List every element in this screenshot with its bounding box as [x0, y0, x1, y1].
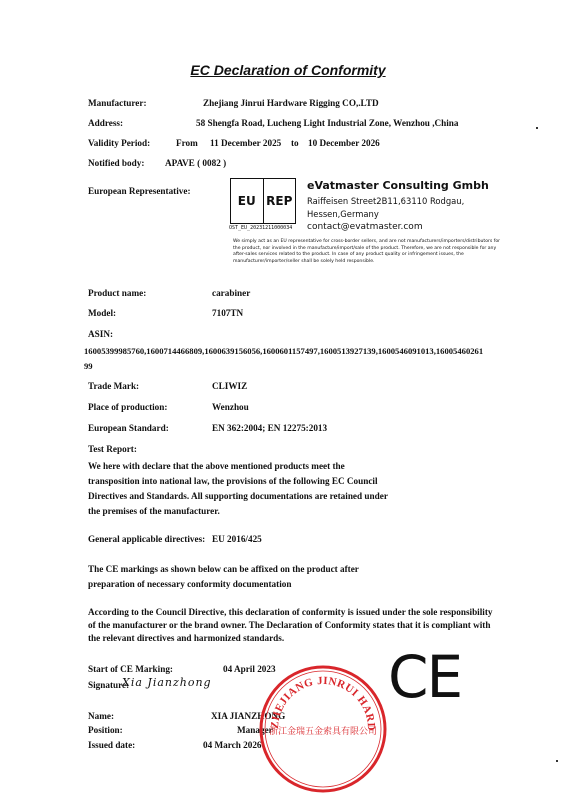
svg-text:ZHEJIANG JINRUI HARDWARE RIGGI: ZHEJIANG JINRUI HARDWARE RIGGING CO.,LTD — [258, 664, 377, 731]
ce-markings-paragraph: The CE markings as shown below can be af… — [88, 562, 373, 592]
name-label: Name: — [88, 711, 114, 721]
eu-rep-disclaimer: We simply act as an EU representative fo… — [233, 239, 501, 265]
eu-rep-address-1: Raiffeisen Street2B11,63110 Rodgau, — [307, 196, 464, 206]
stamp-outer-text: ZHEJIANG JINRUI HARDWARE RIGGING CO.,LTD — [258, 664, 377, 731]
asin-label: ASIN: — [88, 329, 113, 339]
ce-mark: CE — [388, 647, 461, 707]
document-title: EC Declaration of Conformity — [0, 62, 576, 78]
manufacturer-value: Zhejiang Jinrui Hardware Rigging CO,.LTD — [203, 98, 379, 108]
manufacturer-label: Manufacturer: — [88, 98, 147, 108]
notified-body-label: Notified body: — [88, 158, 144, 168]
position-label: Position: — [88, 725, 123, 735]
validity-from-label: From — [176, 138, 198, 148]
eu-rep-email: contact@evatmaster.com — [307, 222, 423, 232]
place-label: Place of production: — [88, 402, 167, 412]
asin-line-1: 16005399985760,1600714466809,16006391560… — [84, 346, 483, 356]
standard-value: EN 362:2004; EN 12275:2013 — [212, 423, 327, 433]
council-paragraph: According to the Council Directive, this… — [88, 606, 498, 645]
eu-rep-address-2: Hessen,Germany — [307, 209, 379, 219]
eu-badge-text: EU — [231, 179, 264, 223]
declaration-paragraph: We here with declare that the above ment… — [88, 459, 388, 519]
test-report-label: Test Report: — [88, 444, 137, 454]
speck — [556, 760, 558, 762]
model-label: Model: — [88, 308, 116, 318]
issued-date-value: 04 March 2026 — [203, 740, 262, 750]
asin-line-2: 99 — [84, 361, 93, 371]
eu-rep-badge: EU REP — [230, 178, 296, 224]
start-ce-label: Start of CE Marking: — [88, 664, 173, 674]
rep-badge-text: REP — [264, 179, 296, 223]
issued-date-label: Issued date: — [88, 740, 135, 750]
signature-handwriting: Xia Jianzhong — [122, 676, 212, 689]
validity-from-date: 11 December 2025 — [210, 138, 281, 148]
trade-mark-value: CLIWIZ — [212, 381, 247, 391]
validity-to-label: to — [291, 138, 299, 148]
product-name-label: Product name: — [88, 288, 146, 298]
notified-body-value: APAVE ( 0082 ) — [165, 158, 226, 168]
company-seal-stamp: ZHEJIANG JINRUI HARDWARE RIGGING CO.,LTD… — [258, 664, 388, 794]
stamp-inner-text: 浙江金瑞五金索具有限公司 — [269, 725, 377, 737]
address-label: Address: — [88, 118, 123, 128]
eu-rep-company: eVatmaster Consulting Gmbh — [307, 179, 489, 192]
eu-rep-code: OST_EU_20231211000034 — [229, 225, 292, 231]
directives-label: General applicable directives: — [88, 534, 205, 544]
eu-rep-label: European Representative: — [88, 186, 191, 196]
product-name-value: carabiner — [212, 288, 250, 298]
validity-to-date: 10 December 2026 — [308, 138, 380, 148]
standard-label: European Standard: — [88, 423, 169, 433]
validity-label: Validity Period: — [88, 138, 150, 148]
address-value: 58 Shengfa Road, Lucheng Light Industria… — [196, 118, 459, 128]
model-value: 7107TN — [212, 308, 243, 318]
directives-value: EU 2016/425 — [212, 534, 262, 544]
speck — [536, 127, 538, 129]
trade-mark-label: Trade Mark: — [88, 381, 139, 391]
place-value: Wenzhou — [212, 402, 249, 412]
